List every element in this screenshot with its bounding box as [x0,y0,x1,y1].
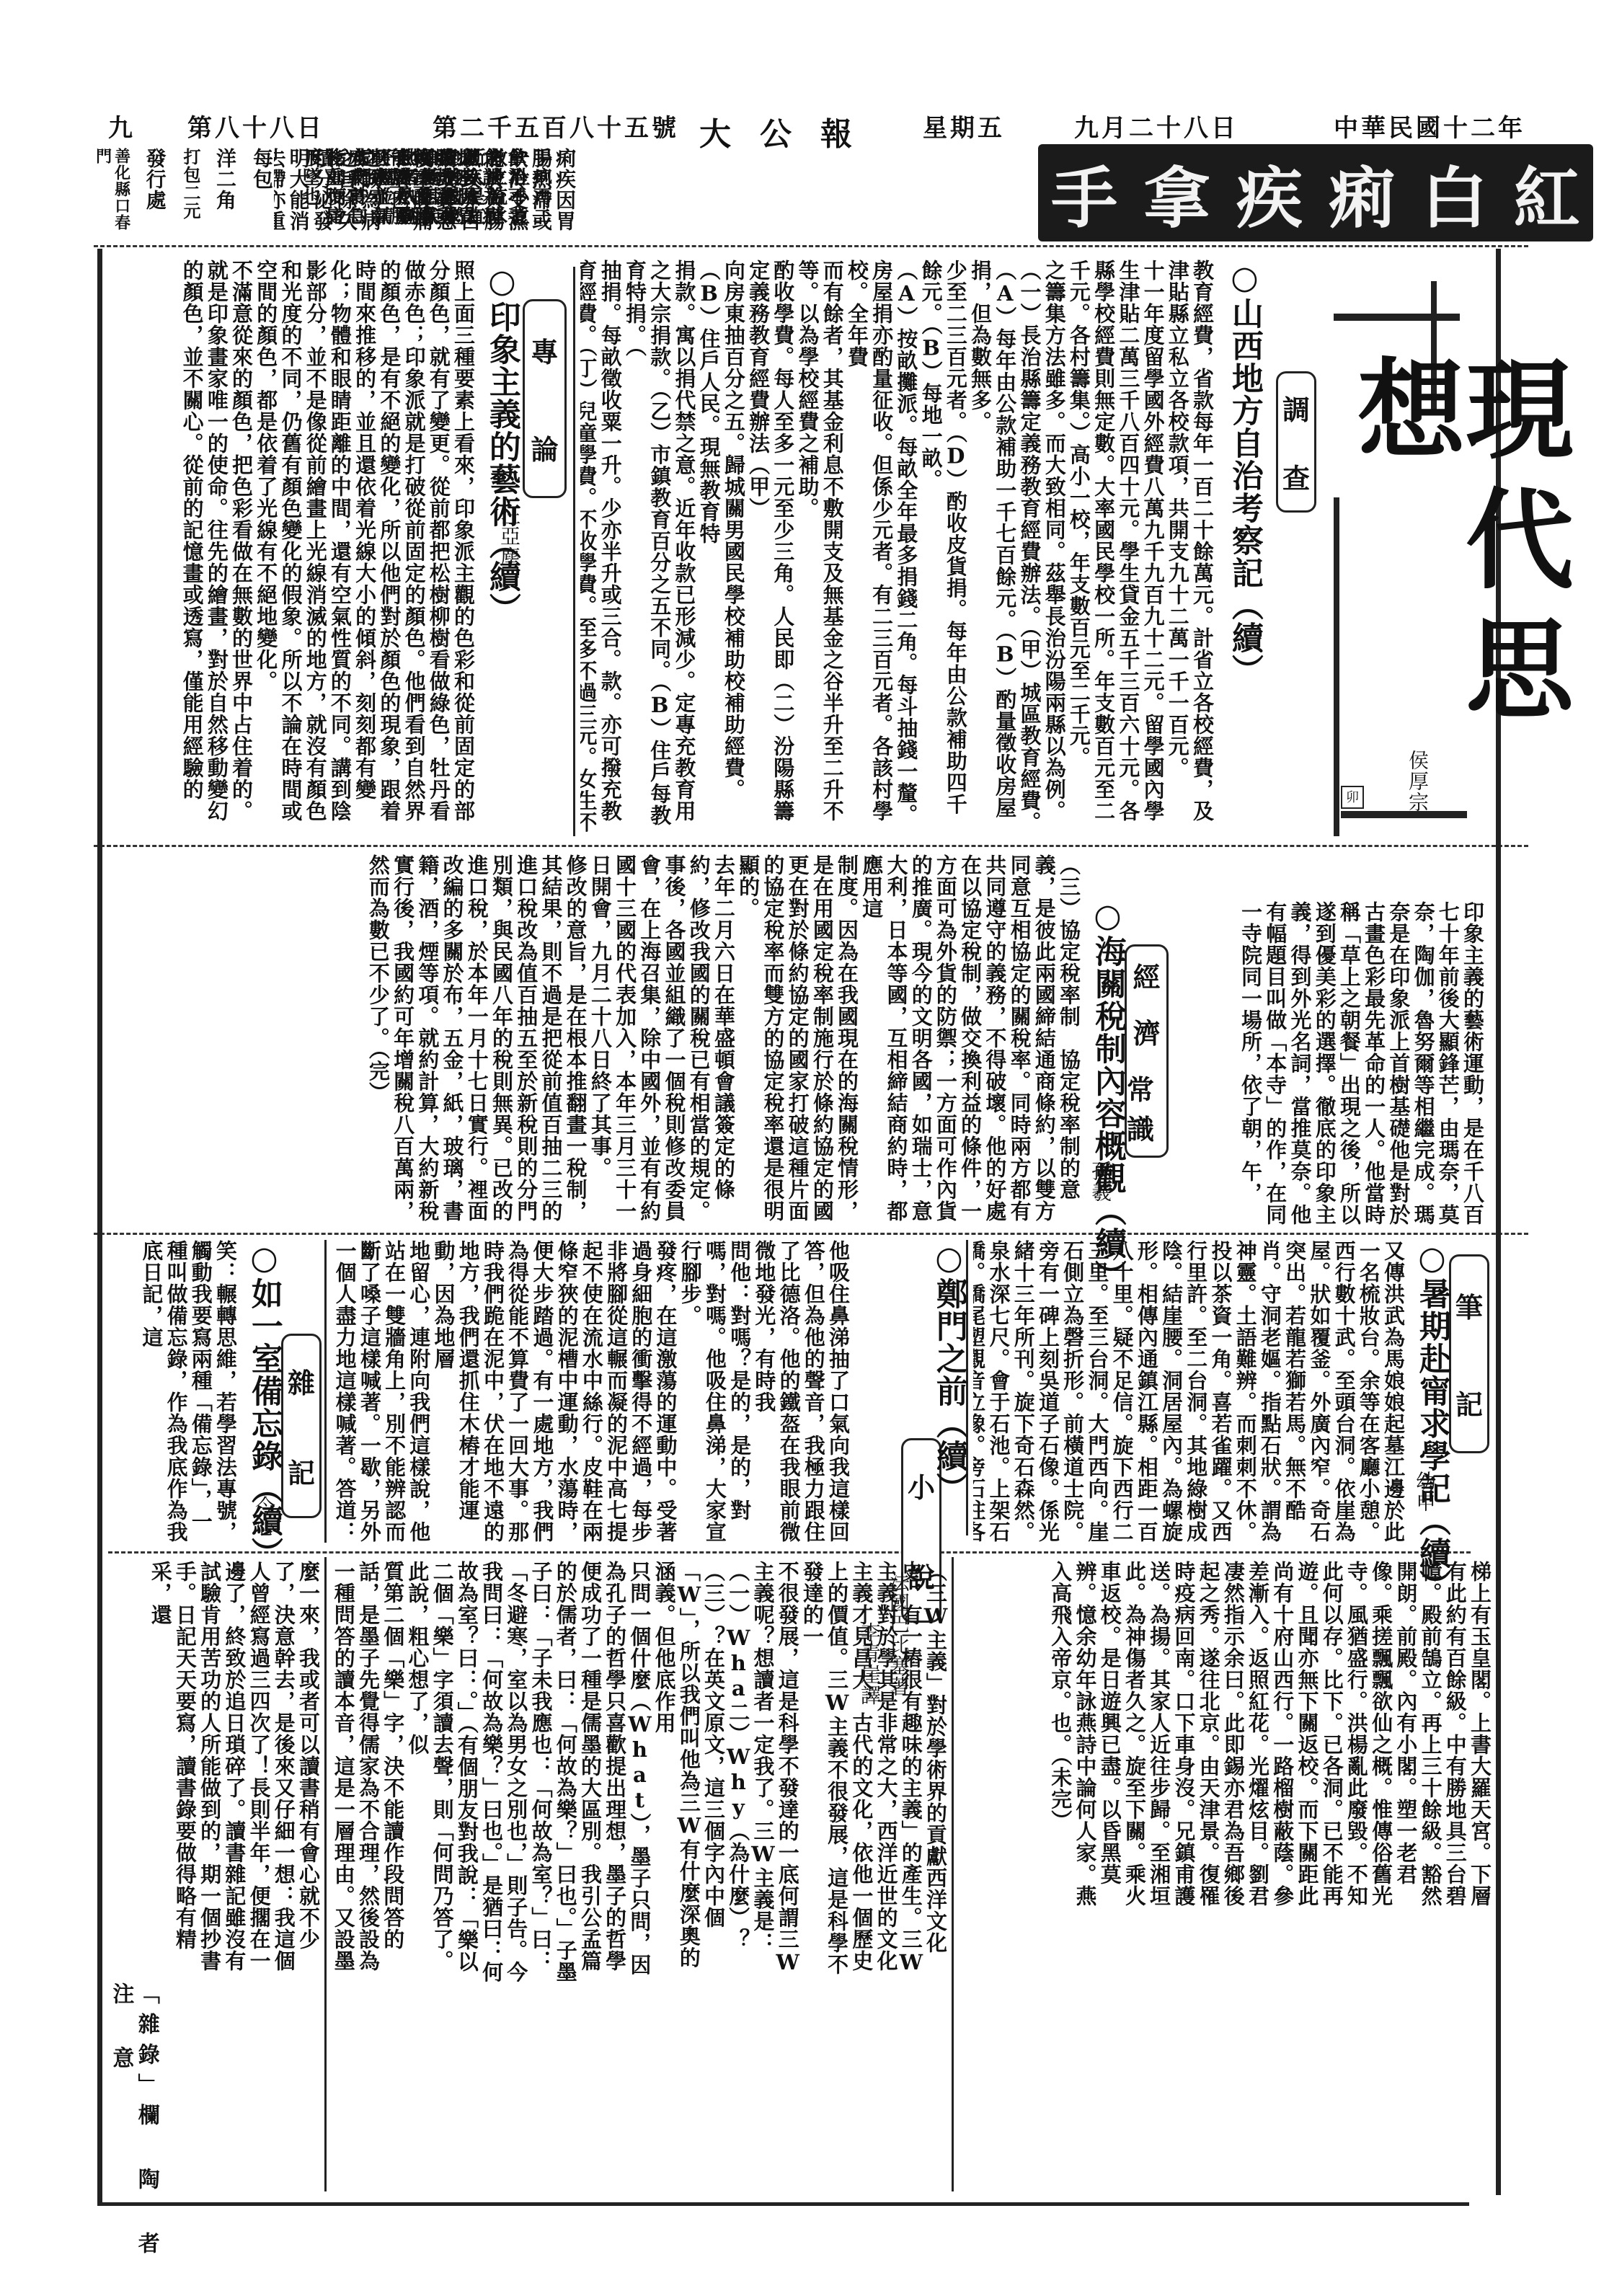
paragraph: 修改的意旨，是在根本推翻畫一稅制，其結果，則不過是把從前值百抽二三的進口稅改為值… [366,854,588,1222]
title-char: 現 [1447,353,1574,483]
banner-char: 白 [1421,146,1487,241]
divider [108,1551,1471,1553]
paragraph: 去年二月六日在華盛頓會議簽定的條約，修改我國的關稅已有相當的規定。事後，各國並組… [588,854,736,1222]
column-divider [573,267,575,836]
section-label-miscellany: 雜 記 [281,1334,322,1518]
label-char: 常識 [1127,1068,1166,1147]
seller-name: 善化縣口春門 [93,148,130,234]
paragraph: 照上面三種要素上看來，印象派主觀的色彩和從前固定的部分顏色，就有了變更。從前都把… [254,260,476,822]
paragraph: 問他：對嗎？是的，是的，對嗎，對嗎。他吸住鼻涕，大家宣行腳步。 [678,1240,752,1543]
notes-headline: ○暑期赴甯求學記（續） [1413,1240,1450,1602]
feature-title-block: 現代思想 卯 [1334,281,1478,829]
notes-body-lower: 梯上有玉皇閣。上書大羅天宮。下層有此約有百餘級。中有勝地具三台碧幛。殿前鵠立。再… [959,1561,1492,2195]
section-label-notes: 筆 記 [1449,1254,1489,1453]
divider [94,845,1528,847]
paragraph: 制度。因為在我國現在的海關稅情形，是在用國定稅率制施行於條約協定的國更在對於條約… [736,854,859,1222]
notes-body-upper: 又傳洪武為馬娘娘起墓江邊於此一名梳妝台。余等在客廳小憩。西行數十武。至頭台洞。依… [973,1240,1406,1543]
label-char: 記 [288,1451,315,1491]
paragraph: 十一年度留學國外經費八萬九千九百九十二元。留學國內學生津貼二萬三千八百四十元。學… [1067,260,1166,822]
ad-price-block: 每包 洋二角 打包二元 發行處 善化縣口春門 [101,148,274,234]
paragraph: 抽捐。每畝徵收粟一升。少亦半升或三合。款。亦可撥充教育經費。（丁）兒童學費。不收… [580,260,623,833]
paragraph: 而有餘者，其基金利息不敷開支及無基金之谷半升至二升不等。以為學校經費之補助。 [796,260,845,822]
survey-body: 教育經費，省款每年一百二十餘萬元。計省立各校經費，及津貼縣立私立各校款項，共開支… [580,260,1215,836]
page-marker: 九 [108,108,136,143]
paragraph: 印象主義的藝術運動，是在千八百七十年前後大顯鋒芒，由瑪奈，莫奈，陶伽，魯努爾等相… [1240,901,1485,1225]
left-border [97,249,102,2206]
paragraph: 地留心，連附向我們這樣說，他站在一雙牆角上，別不能辨認而斷了嗓子這樣喊著。一歇，… [332,1240,431,1543]
miscellany-body-upper: 笑：輾轉思維，若學習法專號，觸動我要寫兩種「備忘錄」，一種叫做備忘錄，作為我底作… [105,1240,238,1550]
label-char: 濟 [1133,1011,1160,1051]
paragraph: （三）協定稅率制 協定稅率制的意義，是彼此兩國締結通商條約，以雙方同意互相協定的… [859,854,1081,1222]
miscellany-author: 今心 [252,1496,276,1538]
ad-line: 痢疾因胃腸熱滯或飲冷受濕能於大腸以致赤白痢或裏急後重腹痛下墜也 [386,148,577,234]
editorial-body: 照上面三種要素上看來，印象派主觀的色彩和從前固定的部分顏色，就有了變更。從前都把… [105,260,476,836]
philosophy-body: （三W主義」對於學術界的貢獻西洋文化史，有一樁很有趣味的主義」的產生。三W主義對… [332,1561,948,2195]
frame-line [1334,314,1460,321]
survey-headline: ○山西地方自治考察記（續） [1226,260,1263,836]
paragraph: 少至二三百元者。（D）酌收皮貨捐。每年由公款補助四千餘元。（B）每地一畝。 [919,260,968,815]
economics-body: （三）協定稅率制 協定稅率制的意義，是彼此兩國締結通商條約，以雙方同意互相協定的… [105,854,1081,1225]
feature-title: 現代思想 [1348,353,1564,829]
paragraph: 笑：輾轉思維，若學習法專號，觸動我要寫兩種「備忘錄」，一種叫做備忘錄，作為我底作… [139,1240,238,1543]
frame-line [1334,497,1339,836]
notes-author: 幼申 [1413,1471,1437,1512]
label-char: 記 [1455,1383,1483,1422]
republic-date: 中華民國十二年 [1334,108,1525,143]
economics-author: 孫羲 [1089,1161,1112,1202]
seller-label: 發行處 [143,148,167,234]
price-label: 每包 [250,148,274,234]
brand-banner: 紅 白 痢 疾 拿 手 [1038,144,1593,241]
label-char: 調 [1282,388,1310,427]
banner-char: 疾 [1236,146,1303,241]
page-icon: 卯 [1341,786,1364,809]
price-value: 洋二角 [213,148,237,234]
paragraph: 麼一來，我或者可以讀書稍有會心就不少了，決意幹去，是後來又仔細一想：我這個人曾經… [149,1561,321,1972]
footer-note: 「雜錄」欄 陶 者 注 意 [108,1982,159,2296]
title-char: 思 [1447,613,1574,743]
banner-char: 痢 [1329,146,1395,241]
paragraph: 不滿意從來的顏色，把色彩看做在無數的世界中占住着的。就是印象畫家唯一的使命。往先… [180,260,254,822]
section-label-editorial: 專 論 [523,299,567,498]
column-divider [324,1240,327,1543]
paragraph: 又傳洪武為馬娘娘起墓江邊於此一名梳妝台。余等在客廳小憩。西行數十武。至頭台洞。依… [973,1240,1406,1543]
editorial-author: 汪亞塵 [497,505,521,567]
paragraph: 之籌集方法雖多。而大致相同。茲舉長治汾陽兩縣以為例。 [1042,260,1067,822]
bottom-border [99,2202,1469,2206]
paragraph: 梯上有玉皇閣。上書大羅天宮。下層有此約有百餘級。中有勝地具三台碧幛。殿前鵠立。再… [1048,1561,1492,1907]
paragraph: 不很發展，這是科學不發達的一底何謂三W主義呢？想讀者一定我了。三W主義是：（一）… [652,1561,800,1975]
banner-char: 拿 [1143,146,1210,241]
editorial-headline: ○印象主義的藝術（續） [483,263,520,625]
section-label-survey: 調 查 [1276,371,1316,513]
paragraph: 教育經費，省款每年一百二十餘萬元。計省立各校經費，及津貼縣立私立各校款項，共開支… [1166,260,1215,822]
top-advertisement: 痢疾因胃腸熱滯或飲冷受濕能於大腸以致赤白痢或裏急後重腹痛下墜也 之誠為病之旨除久… [101,148,1038,234]
label-char: 論 [531,427,558,467]
volume-number: 第八十八日 [187,108,324,143]
feature-editor: 侯厚宗 [1406,750,1430,812]
label-char: 專 [531,330,558,370]
title-char: 想 [1339,353,1466,483]
label-char: 雜 [288,1361,315,1401]
issue-number: 第二千五百八十五號 [433,108,679,143]
paragraph: （一）長治縣籌定義務教育經費辦法。（甲）城區教育經費。（A）每年由公款補助一千七… [968,260,1042,833]
paragraph: （三W主義」對於學術界的貢獻西洋文化史，有一樁很有趣味的主義」的產生。三W主義對… [800,1561,948,1975]
art-history-body: 印象主義的藝術運動，是在千八百七十年前後大顯鋒芒，由瑪奈，莫奈，陶伽，魯努爾等相… [1240,901,1485,1225]
label-char: 查 [1282,456,1310,496]
paragraph: 向房東抽百分之五。歸城關男國民學校補助校補助經費。（B）住戶人民。現無教育特 [697,260,746,800]
price-unit: 打包二元 [180,148,200,234]
section-label-economics: 經 濟 常識 [1125,944,1169,1158]
label-char: 筆 [1455,1285,1483,1325]
date-detail: 九月二十八日 [1074,108,1238,143]
column-divider [324,1557,327,2191]
label-char: 經 [1133,955,1160,995]
title-char: 代 [1447,483,1574,613]
paragraph: （A）按畝攤派。每畝全年最多捐錢二角。每斗抽錢一釐。房屋捐亦酌量征收。但係少元者… [845,260,918,825]
divider [94,1233,1528,1235]
banner-char: 手 [1051,146,1117,241]
fiction-body: 他吸住鼻涕抽了口氣向我這樣回答，但為他的聲音，我極力跟住了比德洛。他的鐵盔在我眼… [332,1240,851,1550]
fiction-headline: ○鄭門之前（續） [930,1240,967,1504]
banner-char: 紅 [1514,146,1580,241]
paragraph: 捐款。寓以捐代禁之意。近年收款已形減少。定專充教育用之大宗捐款。（乙）市鎮教育百… [623,260,696,826]
column-divider [952,1557,954,2191]
paragraph: 他吸住鼻涕抽了口氣向我這樣回答，但為他的聲音，我極力跟住了比德洛。他的鐵盔在我眼… [752,1240,851,1543]
divider [94,245,1528,247]
paragraph: 酌收學費。每人至多一元至少三角。人民即（二）汾陽縣籌定義務教育經費辦法（甲） [746,260,795,822]
economics-headline: ○海關稅制內容概觀（續） [1089,897,1126,1292]
paragraph: 只問一個什麼（What），墨子只問，因為孔子的哲學只喜歡提出理想，墨子的哲學便成… [405,1561,652,1983]
paragraph: 質第二個「樂」字，決不能讀作段問答的話，是墨子先覺得儒家為不合理，然後設為一種問… [332,1561,405,1972]
weekday: 星期五 [923,108,1005,143]
paragraph: 發疼，在這激蕩的運動中。受著過身細胞的衝擊得不經過，每步非將腳從這輾而凝的泥中高… [432,1240,678,1543]
